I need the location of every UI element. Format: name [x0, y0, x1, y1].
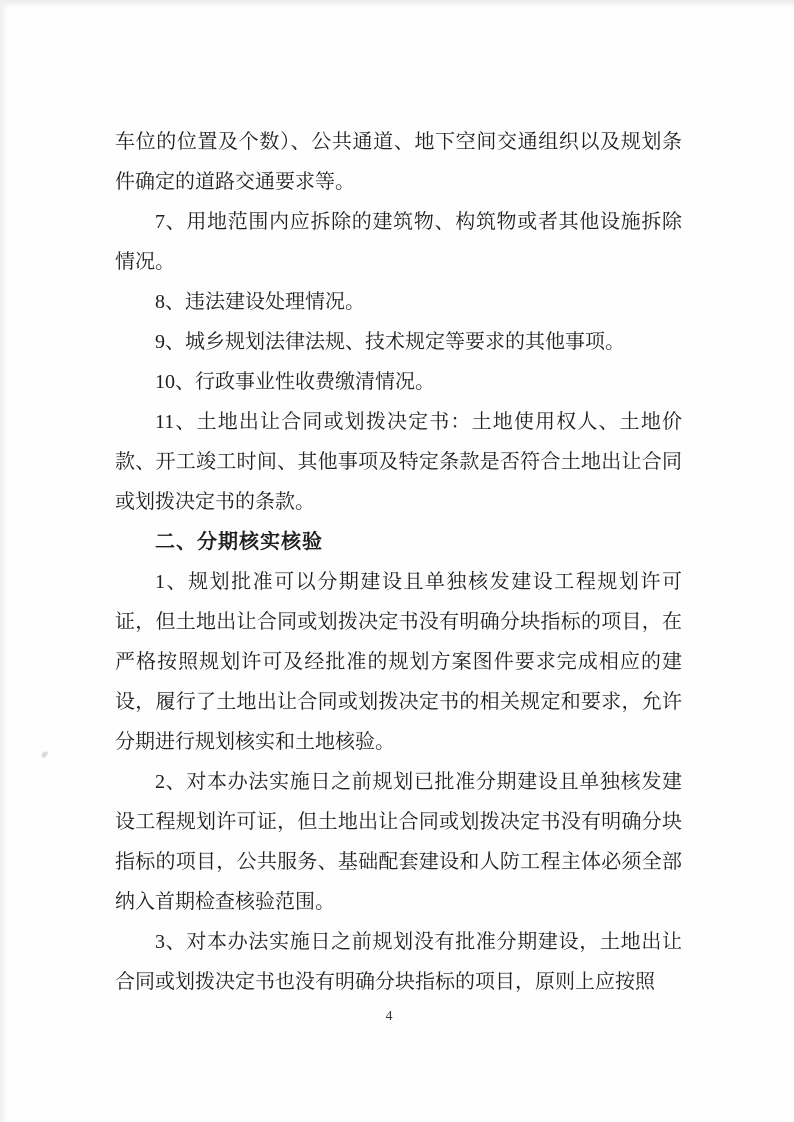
document-page: 车位的位置及个数）、公共通道、地下空间交通组织以及规划条件确定的道路交通要求等。… — [0, 0, 794, 1122]
document-body: 车位的位置及个数）、公共通道、地下空间交通组织以及规划条件确定的道路交通要求等。… — [115, 122, 682, 1002]
paragraph: 11、土地出让合同或划拨决定书：土地使用权人、土地价款、开工竣工时间、其他事项及… — [115, 402, 682, 522]
paragraph: 8、违法建设处理情况。 — [115, 282, 682, 322]
scan-edge-top — [0, 0, 794, 8]
page-number: 4 — [386, 1009, 393, 1024]
paragraph: 2、对本办法实施日之前规划已批准分期建设且单独核发建设工程规划许可证，但土地出让… — [115, 762, 682, 922]
paragraph: 7、用地范围内应拆除的建筑物、构筑物或者其他设施拆除情况。 — [115, 202, 682, 282]
paragraph: 1、规划批准可以分期建设且单独核发建设工程规划许可证，但土地出让合同或划拨决定书… — [115, 562, 682, 762]
paragraph: 10、行政事业性收费缴清情况。 — [115, 362, 682, 402]
paragraph: 3、对本办法实施日之前规划没有批准分期建设，土地出让合同或划拨决定书也没有明确分… — [115, 922, 682, 1002]
scan-speck — [40, 750, 48, 759]
paragraph: 9、城乡规划法律法规、技术规定等要求的其他事项。 — [115, 322, 682, 362]
section-heading: 二、分期核实核验 — [115, 522, 682, 562]
scan-edge-left — [0, 0, 8, 1122]
page-footer: 4 — [0, 1007, 778, 1027]
paragraph: 车位的位置及个数）、公共通道、地下空间交通组织以及规划条件确定的道路交通要求等。 — [115, 122, 682, 202]
